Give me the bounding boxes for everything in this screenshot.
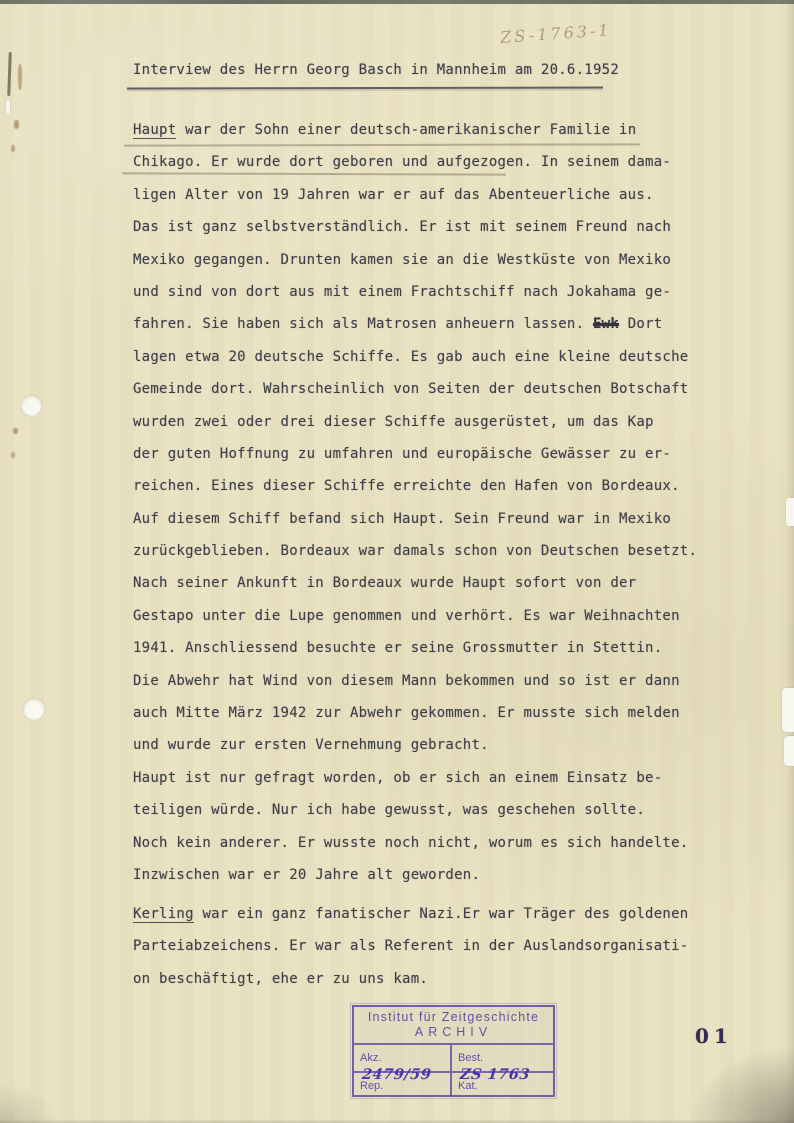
paper-edge-chip [6,100,10,114]
handwritten-best-value: ZS 1763 [459,1066,531,1084]
rust-spot [18,64,22,90]
paper-bottom-edge [0,1119,794,1123]
rust-spot [14,120,19,129]
page-number-stamp: 01 [695,1024,733,1048]
typed-line: Noch kein anderer. Er wusste noch nicht,… [133,827,733,859]
typed-line: Chikago. Er wurde dort geboren und aufge… [133,146,733,178]
corner-shadow-bottom-left [0,1083,60,1123]
typed-line: Gemeinde dort. Wahrscheinlich von Seiten… [133,373,733,405]
paper-right-edge [786,0,794,1123]
struck-out-word: Ewk [593,316,619,332]
typed-line: zurückgeblieben. Bordeaux war damals sch… [133,535,733,567]
paper-edge-chip [784,736,794,766]
stamp-archive-label: ARCHIV [354,1025,553,1040]
typed-line: und wurde zur ersten Vernehmung gebracht… [133,729,733,761]
typed-line: 1941. Anschliessend besuchte er seine Gr… [133,632,733,664]
corner-shadow-bottom-right [684,1043,794,1123]
rust-spot [11,145,15,152]
typed-line: Gestapo unter die Lupe genommen und verh… [133,600,733,632]
stamp-row-akz-best: Akz.2479/59 Best.ZS 1763 [354,1045,553,1073]
typed-line: Kerling war ein ganz fanatischer Nazi.Er… [133,898,733,930]
typed-line: der guten Hoffnung zu umfahren und europ… [133,438,733,470]
stamp-header: Institut für Zeitgeschichte ARCHIV [354,1007,553,1045]
pencil-annotation: ZS-1763-1 [500,12,731,47]
typed-line: wurden zwei oder drei dieser Schiffe aus… [133,406,733,438]
scanned-document-page: ZS-1763-1 Interview des Herrn Georg Basc… [0,0,794,1123]
typed-line: Die Abwehr hat Wind von diesem Mann beko… [133,665,733,697]
underlined-name: Haupt [133,122,176,139]
typed-line: Mexiko gegangen. Drunten kamen sie an di… [133,244,733,276]
handwritten-akz-value: 2479/59 [361,1066,432,1084]
typed-line: auch Mitte März 1942 zur Abwehr gekommen… [133,697,733,729]
archive-stamp: Institut für Zeitgeschichte ARCHIV Akz.2… [352,1005,555,1097]
typed-line: ligen Alter von 19 Jahren war er auf das… [133,179,733,211]
typed-line: teiligen würde. Nur ich habe gewusst, wa… [133,794,733,826]
punch-hole-bottom [23,698,45,720]
typed-line: fahren. Sie haben sich als Matrosen anhe… [133,308,733,340]
typed-line: on beschäftigt, ehe er zu uns kam. [133,963,733,995]
title-underline [127,87,603,90]
paragraph-haupt: Haupt war der Sohn einer deutsch-amerika… [133,114,733,891]
stamp-institution: Institut für Zeitgeschichte [354,1009,553,1025]
document-title: Interview des Herrn Georg Basch in Mannh… [133,62,619,78]
typed-line: reichen. Eines dieser Schiffe erreichte … [133,470,733,502]
scan-top-edge [0,0,794,4]
tear-mark [7,52,12,96]
typed-line: und sind von dort aus mit einem Frachtsc… [133,276,733,308]
typed-line: Nach seiner Ankunft in Bordeaux wurde Ha… [133,567,733,599]
paper-edge-chip [782,688,794,732]
rust-spot [13,428,18,434]
rust-spot [11,452,15,458]
typed-line: Inzwischen war er 20 Jahre alt geworden. [133,859,733,891]
typed-line: lagen etwa 20 deutsche Schiffe. Es gab a… [133,341,733,373]
punch-hole-top [21,395,42,416]
underlined-name: Kerling [133,906,194,923]
typed-line: Das ist ganz selbstverständlich. Er ist … [133,211,733,243]
stamp-akz-cell: Akz.2479/59 [354,1045,452,1071]
typed-line: Haupt war der Sohn einer deutsch-amerika… [133,114,733,146]
typed-line: Parteiabzeichens. Er war als Referent in… [133,930,733,962]
paper-edge-chip [786,498,794,526]
typed-line: Haupt ist nur gefragt worden, ob er sich… [133,762,733,794]
paragraph-kerling: Kerling war ein ganz fanatischer Nazi.Er… [133,898,733,995]
typed-line: Auf diesem Schiff befand sich Haupt. Sei… [133,503,733,535]
stamp-best-cell: Best.ZS 1763 [452,1045,553,1071]
